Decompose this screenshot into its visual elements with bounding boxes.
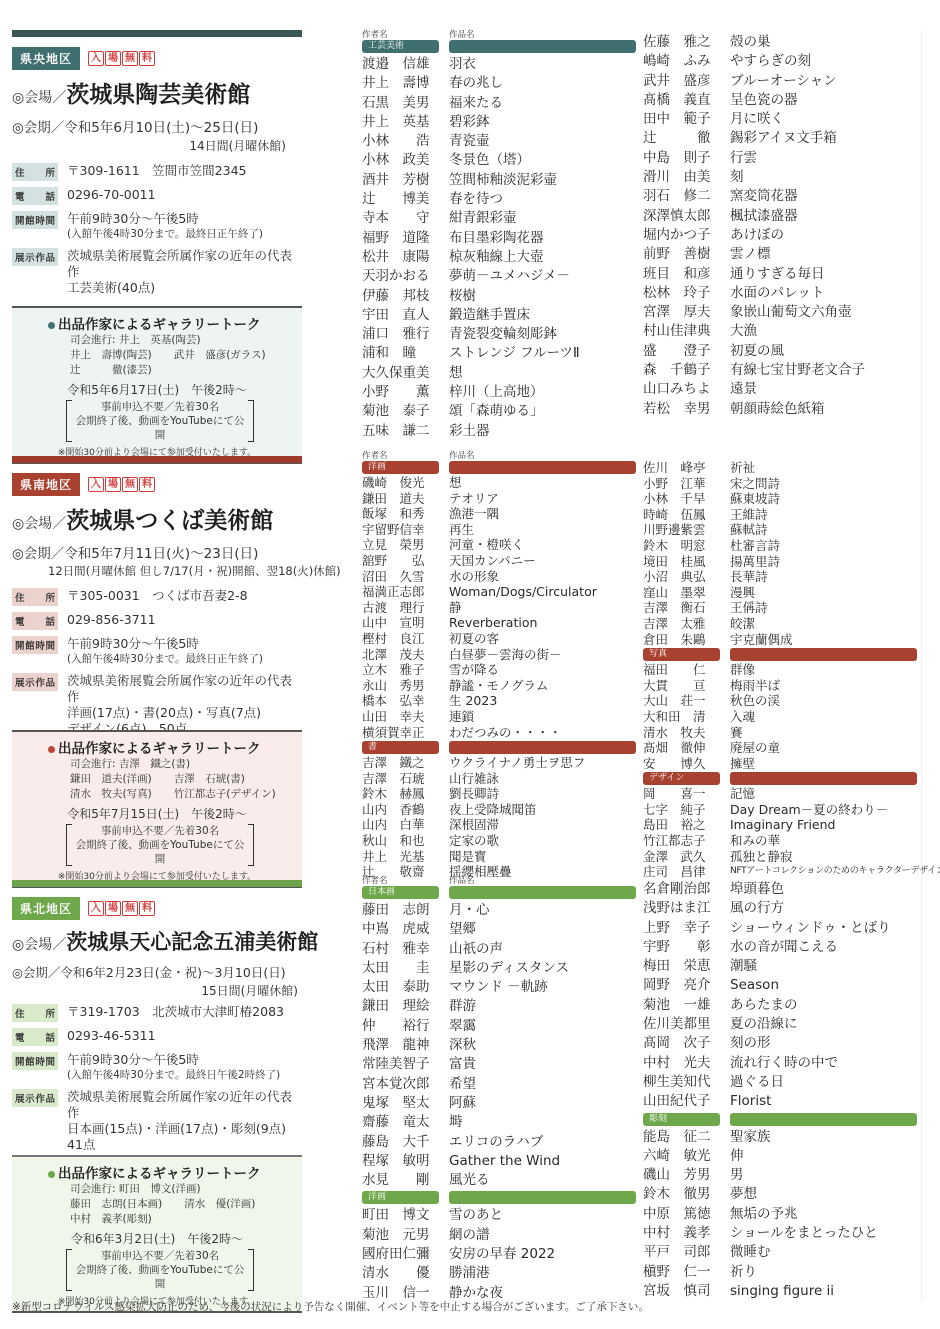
- list-item: 酒井 芳樹笠間柿釉淡泥彩壷: [362, 171, 636, 190]
- work-title: 伸: [730, 1147, 744, 1166]
- category-bar: 洋画: [362, 461, 636, 474]
- page-edge-line: [921, 30, 922, 1300]
- list-item: 岡野 亮介Season: [643, 976, 917, 995]
- hours-note: (入館午後4時30分まで。最終日午後2時終了): [67, 1068, 280, 1083]
- artist-name: 酒井 芳樹: [362, 171, 449, 190]
- artist-name: 樫村 良江: [362, 631, 449, 647]
- work-title: 風光る: [449, 1171, 490, 1190]
- list-item: 五味 謙二彩土器: [362, 422, 636, 441]
- work-title: 杜審言詩: [730, 538, 780, 554]
- work-title: 鍛造継手置床: [449, 306, 530, 325]
- bullet-icon: [48, 322, 55, 329]
- period: ◎会期／令和5年6月10日(土)〜25日(日): [12, 116, 302, 136]
- talk-date: 令和5年6月17日(土) 午後2時〜: [18, 381, 296, 398]
- artist-column-header: 作者名: [362, 449, 449, 460]
- work-title: 静: [449, 600, 462, 616]
- list-item: 安 博久擁壁: [643, 756, 940, 772]
- period: ◎会期／令和5年7月11日(火)〜23日(日): [12, 542, 302, 562]
- list-item: 山田 幸夫連鎖: [362, 709, 636, 725]
- list-item: 髙岡 次子刻の形: [643, 1034, 917, 1053]
- work-title: 楓拭漆盛器: [730, 207, 798, 226]
- talk-speaker: 鎌田 道夫(洋画): [70, 773, 152, 785]
- list-item: 藤田 志朗月・心: [362, 901, 636, 920]
- work-title: 王偁詩: [730, 600, 768, 616]
- artwork-list-north-1: 作者名作品名日本画藤田 志朗月・心中嶌 虎威望郷石村 雅幸山祇の声太田 圭星影の…: [362, 874, 636, 1303]
- list-item: 菊池 一雄あらたまの: [643, 996, 917, 1015]
- list-item: 樫村 良江初夏の客: [362, 631, 636, 647]
- hours: 午前9時30分〜午後5時: [67, 1052, 199, 1067]
- gallery-talk-north: 出品作家によるギャラリートーク 司会進行: 町田 博文(洋画) 藤田 志朗(日本…: [12, 1155, 302, 1313]
- work-title: マウンド －軌跡: [449, 978, 548, 997]
- work-title: Reverberation: [449, 615, 537, 631]
- venue-name: 茨城県天心記念五浦美術館: [66, 926, 318, 956]
- work-title: Gather the Wind: [449, 1152, 560, 1171]
- works-label: 展示作品: [12, 673, 58, 691]
- phone: 0293-46-5311: [67, 1028, 156, 1044]
- list-item: 鎌田 理絵群游: [362, 997, 636, 1016]
- list-item: 嶋崎 ふみやすらぎの刻: [643, 52, 865, 71]
- artist-name: 堀内かつ子: [643, 226, 730, 245]
- work-title: Season: [730, 976, 779, 995]
- list-item: 金澤 武久孤独と静寂: [643, 849, 940, 865]
- work-title: Imaginary Friend: [730, 817, 835, 833]
- work-title: ショールをまとったひと: [730, 1224, 878, 1243]
- artist-name: 永山 秀男: [362, 678, 449, 694]
- category-fill-bar: [449, 886, 636, 899]
- category-bar: 写真: [643, 648, 940, 661]
- work-title: 阿蘇: [449, 1094, 476, 1113]
- work-title: 夜上受降城聞笛: [449, 802, 537, 818]
- list-item: 山田紀代子Florist: [643, 1092, 917, 1111]
- list-item: 大和田 清入魂: [643, 709, 940, 725]
- artist-name: 天羽かおる: [362, 267, 449, 286]
- artist-name: 宇野 彰: [643, 938, 730, 957]
- address: 〒319-1703 北茨城市大津町椿2083: [67, 1004, 284, 1020]
- list-item: 舘野 弘天国カンパニー: [362, 553, 636, 569]
- hours-note: (入館午後4時30分まで。最終日正午終了): [67, 227, 263, 242]
- list-item: 髙畑 徹伸廃屋の童: [643, 740, 940, 756]
- talk-speaker: 中村 義孝(彫刻): [70, 1213, 152, 1225]
- work-title: 通りすぎる毎日: [730, 265, 825, 284]
- list-item: 石黒 美男福来たる: [362, 94, 636, 113]
- artist-name: 羽石 修二: [643, 187, 730, 206]
- work-title: 雲ノ標: [730, 245, 771, 264]
- address-row: 住所 〒309-1611 笠間市笠間2345: [12, 163, 302, 181]
- artist-name: 大貫 亘: [643, 678, 730, 694]
- work-title: 想: [449, 475, 462, 491]
- category-fill-bar: [449, 461, 636, 474]
- list-item: 柳生美知代過ぐる日: [643, 1073, 917, 1092]
- address: 〒309-1611 笠間市笠間2345: [67, 163, 247, 179]
- list-item: 太田 圭星影のディスタンス: [362, 959, 636, 978]
- artist-name: 山田紀代子: [643, 1092, 730, 1111]
- work-title: ストレンジ フルーツⅡ: [449, 344, 580, 363]
- work-title: 窯変筒花器: [730, 187, 798, 206]
- phone-label: 電話: [12, 187, 58, 205]
- artist-name: 森 千鶴子: [643, 361, 730, 380]
- list-item: 藤島 大千エリコのラハブ: [362, 1133, 636, 1152]
- work-title: 漁港一隅: [449, 506, 499, 522]
- talk-title: 出品作家によるギャラリートーク: [58, 1166, 261, 1182]
- category-label: 写真: [643, 648, 720, 661]
- list-item: 北澤 茂夫白昼夢－雲海の街－: [362, 647, 636, 663]
- list-item: 髙橋 義直呈色瓷の器: [643, 91, 865, 110]
- work-title: 過ぐる日: [730, 1073, 784, 1092]
- work-title: 富貴: [449, 1055, 476, 1074]
- work-title: 祈り: [730, 1263, 757, 1282]
- artist-name: 橋本 弘幸: [362, 693, 449, 709]
- work-title: 錫彩アイヌ文手箱: [730, 129, 837, 148]
- work-title: 月に咲く: [730, 110, 784, 129]
- work-title: 朝顔蒔絵色紙箱: [730, 400, 825, 419]
- artist-name: 七字 純子: [643, 802, 730, 818]
- list-item: 七字 純子Day Dream－夏の終わり－: [643, 802, 940, 818]
- work-title: 連鎖: [449, 709, 474, 725]
- artist-name: 太田 泰助: [362, 978, 449, 997]
- list-item: 能島 征二聖家族: [643, 1128, 917, 1147]
- work-title: 雪のあと: [449, 1206, 503, 1225]
- artist-name: 太田 圭: [362, 959, 449, 978]
- artist-name: 松林 玲子: [643, 284, 730, 303]
- artist-name: 福満正志郎: [362, 584, 449, 600]
- list-item: 井上 英基碧彩鉢: [362, 113, 636, 132]
- list-item: 鈴木 明窓杜審言詩: [643, 538, 940, 554]
- list-item: 小林 千早蘇東坡詩: [643, 491, 940, 507]
- list-item: 上野 幸子ショーウィンドゥ・とばり: [643, 919, 917, 938]
- work-title: 碧彩鉢: [449, 113, 490, 132]
- artist-name: 前野 善樹: [643, 245, 730, 264]
- work-title: 夢萌－ユメハジメ－: [449, 267, 570, 286]
- talk-speaker: 吉澤 石琥(書): [174, 773, 245, 785]
- artist-name: 常陸美智子: [362, 1055, 449, 1074]
- work-title: 桜樹: [449, 287, 476, 306]
- work-title: Day Dream－夏の終わり－: [730, 802, 888, 818]
- talk-host: 司会進行: 町田 博文(洋画): [70, 1182, 296, 1197]
- work-title: 白昼夢－雲海の街－: [449, 647, 562, 663]
- artwork-list-central-1: 作者名作品名工芸美術渡邉 信雄羽衣井上 壽博春の兆し石黒 美男福来たる井上 英基…: [362, 28, 636, 441]
- list-item: 山内 白華深根固滞: [362, 817, 636, 833]
- list-item: 班目 和彦通りすぎる毎日: [643, 265, 865, 284]
- work-title: 冬景色（塔）: [449, 151, 530, 170]
- category-bar: デザイン: [643, 772, 940, 785]
- artist-name: 五味 謙二: [362, 422, 449, 441]
- artist-name: 横須賀幸正: [362, 725, 449, 741]
- list-item: 井上 壽博春の兆し: [362, 74, 636, 93]
- artist-name: 佐川美都里: [643, 1015, 730, 1034]
- artist-name: 飯塚 和秀: [362, 506, 449, 522]
- list-item: 菊池 元男網の譜: [362, 1226, 636, 1245]
- artist-name: 立見 榮男: [362, 537, 449, 553]
- section-bar: [12, 880, 302, 887]
- work-title: 和みの華: [730, 833, 780, 849]
- category-fill-bar: [730, 772, 917, 785]
- work-title: Florist: [730, 1092, 771, 1111]
- artist-name: 小林 浩: [362, 132, 449, 151]
- artist-name: 沼田 久雪: [362, 569, 449, 585]
- list-item: 飛澤 龍神深秋: [362, 1036, 636, 1055]
- artist-name: 辻 博美: [362, 190, 449, 209]
- artist-name: 古渡 理行: [362, 600, 449, 616]
- artist-name: 渡邉 信雄: [362, 55, 449, 74]
- talk-speaker: 竹江都志子(デザイン): [174, 788, 276, 800]
- list-item: 宇留野信幸再生: [362, 522, 636, 538]
- list-item: 辻 徹錫彩アイヌ文手箱: [643, 129, 865, 148]
- list-item: 小沼 典弘長華詩: [643, 569, 940, 585]
- artist-name: 中村 光夫: [643, 1054, 730, 1073]
- artist-name: 川野邊紫雲: [643, 522, 730, 538]
- list-item: 佐藤 雅之殻の巣: [643, 33, 865, 52]
- list-item: 鎌田 道夫テオリア: [362, 491, 636, 507]
- work-title: 月・心: [449, 901, 490, 920]
- district-badge: 県南地区: [12, 473, 80, 496]
- category-bar: 洋画: [362, 1191, 636, 1204]
- artist-name: 井上 英基: [362, 113, 449, 132]
- category-bar: 彫刻: [643, 1113, 917, 1126]
- artist-name: 仲 裕行: [362, 1017, 449, 1036]
- talk-speaker: 清水 牧夫(写真): [70, 788, 152, 800]
- artist-name: 盛 澄子: [643, 342, 730, 361]
- list-item: 田中 範子月に咲く: [643, 110, 865, 129]
- list-item: 中島 則子行雲: [643, 149, 865, 168]
- list-item: 齋藤 竜太塒: [362, 1113, 636, 1132]
- works-label: 展示作品: [12, 1089, 58, 1107]
- work-title: 行雲: [730, 149, 757, 168]
- work-title: 春の兆し: [449, 74, 503, 93]
- artist-column-header: 作者名: [362, 874, 449, 885]
- category-fill-bar: [449, 40, 636, 53]
- phone: 0296-70-0011: [67, 187, 156, 203]
- list-item: 石村 雅幸山祇の声: [362, 940, 636, 959]
- list-item: 村山佳津典大漁: [643, 322, 865, 341]
- work-title: 翠靄: [449, 1017, 476, 1036]
- artist-name: 宇田 直人: [362, 306, 449, 325]
- work-title: 想: [449, 364, 463, 383]
- work-title: 聖家族: [730, 1128, 771, 1147]
- list-item: 立見 榮男河童・橙咲く: [362, 537, 636, 553]
- artist-name: 髙橋 義直: [643, 91, 730, 110]
- bullet-icon: [48, 1171, 55, 1178]
- list-item: 堀内かつ子あけぼの: [643, 226, 865, 245]
- work-title: 孤独と静寂: [730, 849, 793, 865]
- work-title: 祈祉: [730, 460, 755, 476]
- category-label: 洋画: [362, 461, 439, 474]
- work-title: 刻の形: [730, 1034, 771, 1053]
- work-title: 無垢の予兆: [730, 1205, 798, 1224]
- works-row: 展示作品 茨城県美術展覧会所属作家の近年の代表作日本画(15点)・洋画(17点)…: [12, 1089, 302, 1153]
- list-item: 宮本覚次郎希望: [362, 1075, 636, 1094]
- category-bar: 日本画: [362, 886, 636, 899]
- work-title: 入魂: [730, 709, 755, 725]
- work-title: あけぼの: [730, 226, 784, 245]
- artist-name: 伊藤 邦枝: [362, 287, 449, 306]
- work-title: 福来たる: [449, 94, 503, 113]
- artist-name: 井上 壽博: [362, 74, 449, 93]
- list-item: 小林 浩青瓷壷: [362, 132, 636, 151]
- work-title: 宇克蘭偶成: [730, 632, 793, 648]
- artist-name: 町田 博文: [362, 1206, 449, 1225]
- list-item: 吉澤 太雅皎潔: [643, 616, 940, 632]
- work-title: 深根固滞: [449, 817, 499, 833]
- list-item: 大貫 亘梅雨半ば: [643, 678, 940, 694]
- exhibition-flyer-page: 県央地区 入場無料 ◎会場／ 茨城県陶芸美術館 ◎会期／令和5年6月10日(土)…: [0, 0, 940, 1329]
- hours-row: 開館時間 午前9時30分〜午後5時(入館午後4時30分まで。最終日正午終了): [12, 636, 302, 667]
- works-label: 展示作品: [12, 248, 58, 266]
- work-title: 賽: [730, 725, 743, 741]
- work-title: 塒: [449, 1113, 463, 1132]
- work-title: 蘇軾詩: [730, 522, 768, 538]
- list-item: 井上 光基聞是寳: [362, 849, 636, 865]
- list-item: 滑川 由美刻: [643, 168, 865, 187]
- works-row: 展示作品 茨城県美術展覧会所属作家の近年の代表作工芸美術(40点): [12, 248, 302, 296]
- artist-name: 若松 幸男: [643, 400, 730, 419]
- artist-name: 中原 篤徳: [643, 1205, 730, 1224]
- venue-north: 県北地区 入場無料 ◎会場／ 茨城県天心記念五浦美術館 ◎会期／令和6年2月23…: [12, 880, 302, 1159]
- talk-info-box: 事前申込不要／先着30名 会期終了後、動画をYouTubeにて公開: [74, 400, 246, 442]
- list-item: 辻 博美春を待つ: [362, 190, 636, 209]
- list-item: 中村 義孝ショールをまとったひと: [643, 1224, 917, 1243]
- artist-name: 鎌田 理絵: [362, 997, 449, 1016]
- list-item: 境田 桂風揚萬里詩: [643, 554, 940, 570]
- work-title: 皎潔: [730, 616, 755, 632]
- phone-label: 電話: [12, 612, 58, 630]
- artist-name: 佐川 峰亭: [643, 460, 730, 476]
- list-item: 佐川 峰亭祈祉: [643, 460, 940, 476]
- list-item: 吉澤 石琥山行雑詠: [362, 771, 636, 787]
- talk-speaker: 藤田 志朗(日本画): [70, 1198, 162, 1210]
- work-title: 殻の巣: [730, 33, 771, 52]
- artist-name: 舘野 弘: [362, 553, 449, 569]
- venue-name: 茨城県陶芸美術館: [66, 76, 250, 109]
- work-column-header: 作品名: [449, 28, 475, 39]
- work-title: 廃屋の童: [730, 740, 780, 756]
- talk-speaker: 井上 壽博(陶芸): [70, 349, 152, 361]
- work-title: NFTアートコレクションのためのキャラクターデザイン: [730, 864, 940, 880]
- artist-name: 鎌田 道夫: [362, 491, 449, 507]
- list-item: 川野邊紫雲蘇軾詩: [643, 522, 940, 538]
- work-title: 微睡む: [730, 1243, 771, 1262]
- works-count: 工芸美術(40点): [67, 280, 302, 296]
- list-item: 渡邉 信雄羽衣: [362, 55, 636, 74]
- artist-name: 石黒 美男: [362, 94, 449, 113]
- column-headers: 作者名作品名: [362, 874, 636, 885]
- list-item: 平戸 司郎微睡む: [643, 1243, 917, 1262]
- list-item: 盛 澄子初夏の風: [643, 342, 865, 361]
- artist-name: 小林 政美: [362, 151, 449, 170]
- work-title: 有線七宝甘野老文合子: [730, 361, 865, 380]
- artist-name: 髙岡 次子: [643, 1034, 730, 1053]
- work-title: 大漁: [730, 322, 757, 341]
- artist-name: 清水 牧夫: [643, 725, 730, 741]
- list-item: 宇田 直人鍛造継手置床: [362, 306, 636, 325]
- artist-name: 寺本 守: [362, 209, 449, 228]
- list-item: 深澤慎太郎楓拭漆盛器: [643, 207, 865, 226]
- work-title: 流れ行く時の中で: [730, 1054, 838, 1073]
- hours: 午前9時30分〜午後5時: [67, 636, 199, 651]
- work-title: ブルーオーシャン: [730, 72, 837, 91]
- hours-label: 開館時間: [12, 1052, 58, 1070]
- period-days: 12日間(月曜休館 但し7/17(月・祝)開館、翌18(火)休館): [12, 563, 302, 579]
- artist-name: 深澤慎太郎: [643, 207, 730, 226]
- artist-name: 能島 征二: [643, 1128, 730, 1147]
- list-item: 福満正志郎Woman/Dogs/Circulator: [362, 584, 636, 600]
- artist-name: 山田 幸夫: [362, 709, 449, 725]
- artwork-list-central-2: 佐藤 雅之殻の巣嶋崎 ふみやすらぎの刻武井 盛彦ブルーオーシャン髙橋 義直呈色瓷…: [643, 33, 865, 419]
- free-admission-badge: 入場無料: [88, 477, 155, 492]
- work-column-header: 作品名: [449, 449, 475, 460]
- artist-name: 上野 幸子: [643, 919, 730, 938]
- work-title: 夏の沿線に: [730, 1015, 798, 1034]
- address-label: 住所: [12, 163, 58, 181]
- list-item: 宮坂 慎司singing figure ii: [643, 1282, 917, 1301]
- artwork-list-south-1: 作者名作品名洋画磯崎 俊光想鎌田 道夫テオリア飯塚 和秀漁港一隅宇留野信幸再生立…: [362, 449, 636, 880]
- talk-speaker: 武井 盛彦(ガラス): [174, 349, 266, 361]
- category-label: 工芸美術: [362, 40, 439, 53]
- list-item: 大山 荘一秋色の渓: [643, 693, 940, 709]
- works-row: 展示作品 茨城県美術展覧会所属作家の近年の代表作洋画(17点)・書(20点)・写…: [12, 673, 302, 737]
- artist-name: 名倉剛治郎: [643, 880, 730, 899]
- talk-host: 司会進行: 吉澤 鐵之(書): [70, 757, 296, 772]
- list-item: 福野 道隆布目墨彩陶花器: [362, 229, 636, 248]
- work-title: 星影のディスタンス: [449, 959, 569, 978]
- section-bar: [12, 456, 302, 463]
- list-item: 松林 玲子水面のパレット: [643, 284, 865, 303]
- list-item: 武井 盛彦ブルーオーシャン: [643, 72, 865, 91]
- artist-name: 浦和 瞳: [362, 344, 449, 363]
- artist-name: 安 博久: [643, 756, 730, 772]
- list-item: 竹江都志子和みの華: [643, 833, 940, 849]
- period: ◎会期／令和6年2月23日(金・祝)〜3月10日(日): [12, 963, 302, 981]
- work-title: 刻: [730, 168, 744, 187]
- work-title: 漫興: [730, 585, 755, 601]
- artist-name: 吉澤 鐵之: [362, 755, 449, 771]
- address-label: 住所: [12, 1004, 58, 1022]
- list-item: 島田 裕之Imaginary Friend: [643, 817, 940, 833]
- list-item: 永山 秀男静謐・モノグラム: [362, 678, 636, 694]
- category-fill-bar: [730, 648, 917, 661]
- talk-speaker: 清水 優(洋画): [184, 1198, 255, 1210]
- list-item: 清水 牧夫賽: [643, 725, 940, 741]
- artist-name: 福田 仁: [643, 662, 730, 678]
- period-days: 15日間(月曜休館): [12, 982, 302, 999]
- venue-prefix: ◎会場／: [12, 513, 66, 533]
- artist-name: 倉田 朱鷗: [643, 632, 730, 648]
- artist-name: 飛澤 龍神: [362, 1036, 449, 1055]
- work-title: 聞是寳: [449, 849, 487, 865]
- work-title: 潮騒: [730, 957, 757, 976]
- work-title: 再生: [449, 522, 474, 538]
- work-title: 定家の歌: [449, 833, 499, 849]
- work-title: 男: [730, 1166, 744, 1185]
- talk-info-box: 事前申込不要／先着30名 会期終了後、動画をYouTubeにて公開: [74, 1249, 246, 1291]
- work-column-header: 作品名: [449, 874, 475, 885]
- work-title: 王維詩: [730, 507, 768, 523]
- phone-row: 電話 0296-70-0011: [12, 187, 302, 205]
- hours-row: 開館時間 午前9時30分〜午後5時(入館午後4時30分まで。最終日午後2時終了): [12, 1052, 302, 1083]
- artist-name: 國府田仁彌: [362, 1245, 449, 1264]
- work-title: 梓川（上高地）: [449, 383, 544, 402]
- artist-name: 時崎 伍鳳: [643, 507, 730, 523]
- artist-name: 藤島 大千: [362, 1133, 449, 1152]
- artist-name: 鬼塚 堅太: [362, 1094, 449, 1113]
- address-row: 住所 〒305-0031 つくば市吾妻2-8: [12, 588, 302, 606]
- gallery-talk-central: 出品作家によるギャラリートーク 司会進行: 井上 英基(陶芸) 井上 壽博(陶芸…: [12, 306, 302, 464]
- list-item: 中村 光夫流れ行く時の中で: [643, 1054, 917, 1073]
- list-item: 松井 康陽椋灰釉線上大壺: [362, 248, 636, 267]
- free-admission-badge: 入場無料: [88, 901, 155, 916]
- artist-name: 庄司 昌律: [643, 864, 730, 880]
- artist-name: 井上 光基: [362, 849, 449, 865]
- artist-name: 小野 薫: [362, 383, 449, 402]
